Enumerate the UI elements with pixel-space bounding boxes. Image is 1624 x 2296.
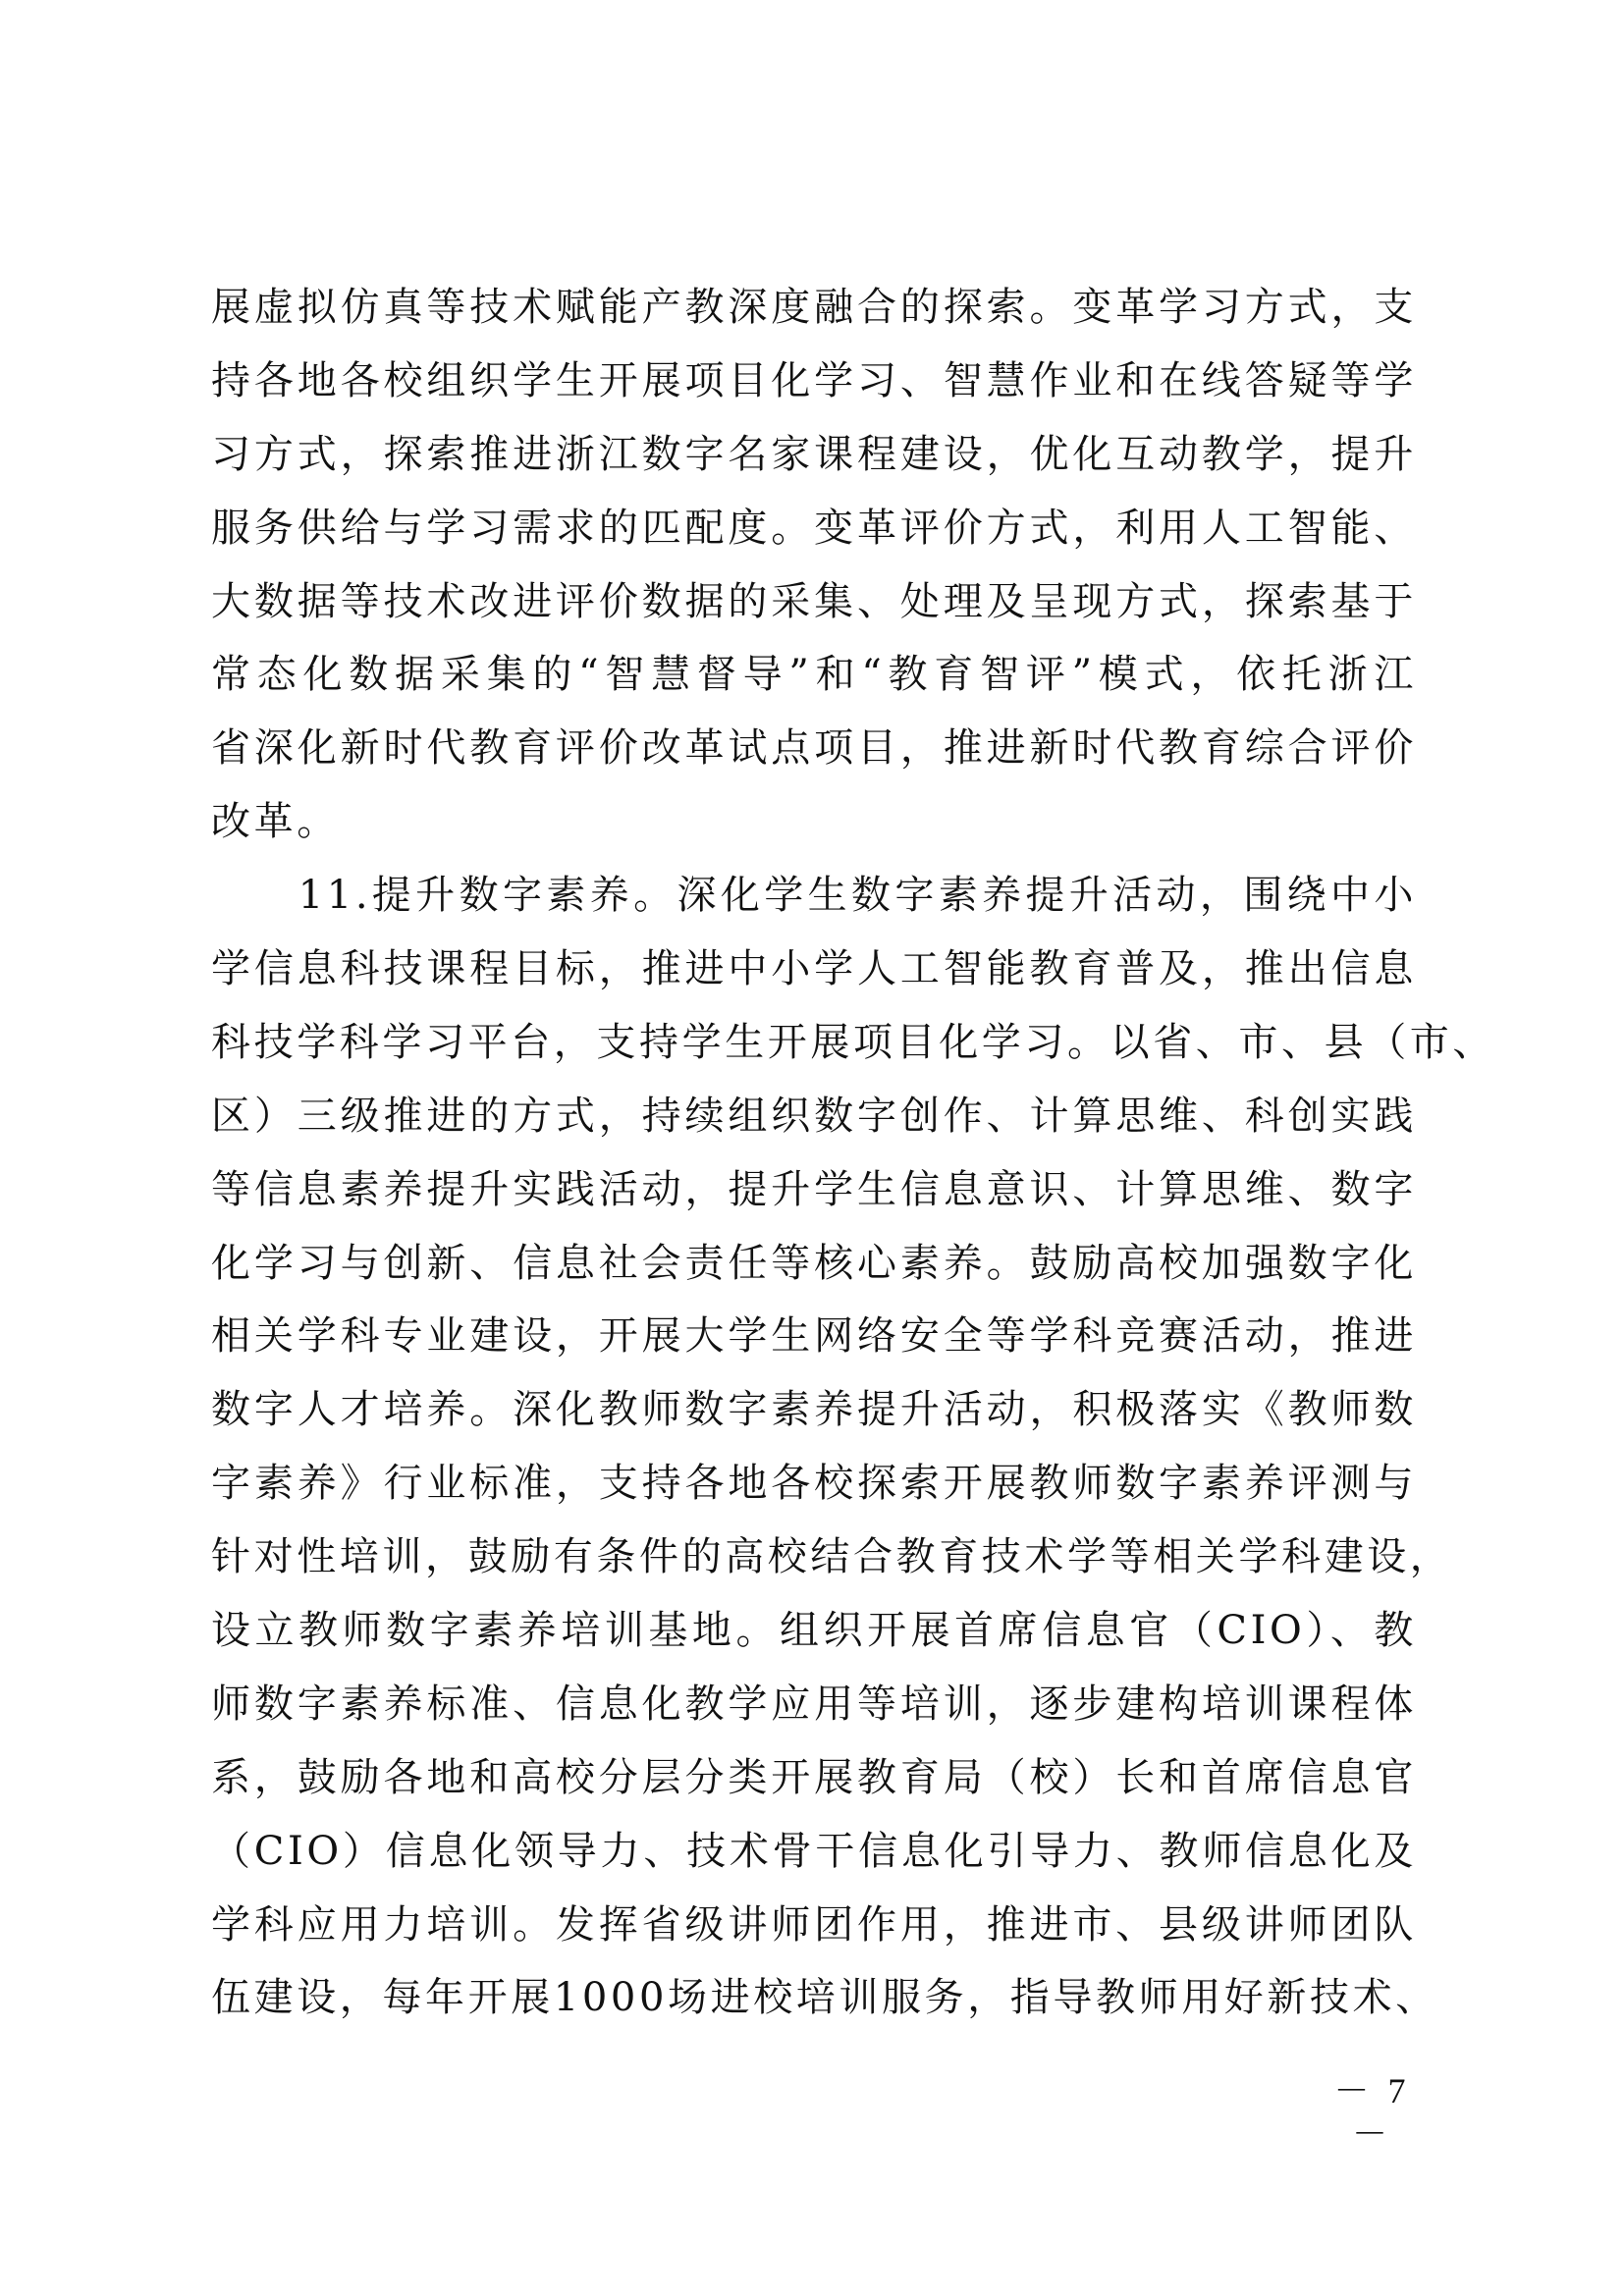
text-line: （CIO）信息化领导力、技术骨干信息化引导力、教师信息化及 <box>211 1815 1417 1889</box>
text-line: 设立教师数字素养培训基地。组织开展首席信息官（CIO）、教 <box>211 1594 1417 1668</box>
text-line: 针对性培训，鼓励有条件的高校结合教育技术学等相关学科建设， <box>211 1521 1417 1594</box>
text-line: 服务供给与学习需求的匹配度。变革评价方式，利用人工智能、 <box>211 492 1417 565</box>
text-line: 等信息素养提升实践活动，提升学生信息意识、计算思维、数字 <box>211 1153 1417 1227</box>
text-line: 持各地各校组织学生开展项目化学习、智慧作业和在线答疑等学 <box>211 345 1417 418</box>
text-line: 展虚拟仿真等技术赋能产教深度融合的探索。变革学习方式，支 <box>211 271 1417 345</box>
text-line: 化学习与创新、信息社会责任等核心素养。鼓励高校加强数字化 <box>211 1227 1417 1301</box>
text-line: 伍建设，每年开展1000场进校培训服务，指导教师用好新技术、 <box>211 1961 1417 2035</box>
text-line: 字素养》行业标准，支持各地各校探索开展教师数字素养评测与 <box>211 1447 1417 1521</box>
text-line: 学科应用力培训。发挥省级讲师团作用，推进市、县级讲师团队 <box>211 1889 1417 1962</box>
paragraph-end-line: 改革。 <box>211 785 1417 859</box>
body-text: 展虚拟仿真等技术赋能产教深度融合的探索。变革学习方式，支 持各地各校组织学生开展… <box>211 271 1417 2035</box>
text-line: 相关学科专业建设，开展大学生网络安全等学科竞赛活动，推进 <box>211 1300 1417 1373</box>
text-line: 大数据等技术改进评价数据的采集、处理及呈现方式，探索基于 <box>211 565 1417 639</box>
page-number: － 7 － <box>1316 2069 1424 2156</box>
text-line: 区）三级推进的方式，持续组织数字创作、计算思维、科创实践 <box>211 1080 1417 1153</box>
text-line: 数字人才培养。深化教师数字素养提升活动，积极落实《教师数 <box>211 1373 1417 1447</box>
text-line: 省深化新时代教育评价改革试点项目，推进新时代教育综合评价 <box>211 712 1417 785</box>
text-line: 学信息科技课程目标，推进中小学人工智能教育普及，推出信息 <box>211 933 1417 1006</box>
text-line: 师数字素养标准、信息化教学应用等培训，逐步建构培训课程体 <box>211 1668 1417 1741</box>
document-page: 展虚拟仿真等技术赋能产教深度融合的探索。变革学习方式，支 持各地各校组织学生开展… <box>0 0 1624 2296</box>
text-line: 系，鼓励各地和高校分层分类开展教育局（校）长和首席信息官 <box>211 1741 1417 1815</box>
text-line: 常态化数据采集的“智慧督导”和“教育智评”模式，依托浙江 <box>211 638 1417 712</box>
text-line: 习方式，探索推进浙江数字名家课程建设，优化互动教学，提升 <box>211 418 1417 492</box>
text-line: 科技学科学习平台，支持学生开展项目化学习。以省、市、县（市、 <box>211 1006 1417 1080</box>
section-heading-line: 11.提升数字素养。深化学生数字素养提升活动，围绕中小 <box>211 859 1417 933</box>
